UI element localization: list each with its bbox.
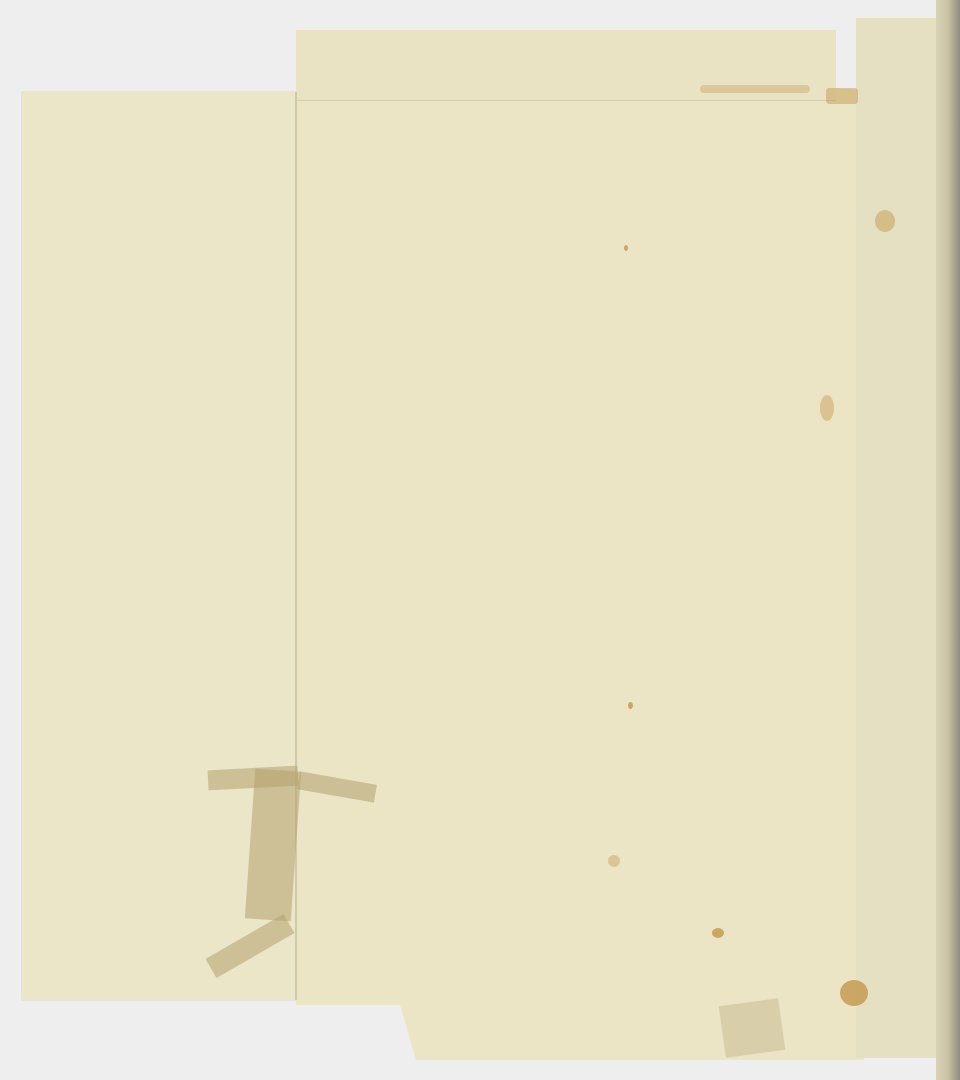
stain: [826, 88, 858, 104]
right-paper-strip: [856, 18, 942, 1058]
stain: [712, 928, 724, 938]
stain: [700, 85, 810, 93]
stain: [624, 245, 628, 251]
main-paper-sheet: [296, 30, 866, 1060]
stain: [820, 395, 834, 421]
fold-line: [295, 92, 297, 1000]
stain: [628, 702, 633, 709]
book-edge: [936, 0, 960, 1080]
tape-piece: [719, 998, 786, 1058]
stain: [840, 980, 868, 1006]
stain: [608, 855, 620, 867]
stain: [875, 210, 895, 232]
